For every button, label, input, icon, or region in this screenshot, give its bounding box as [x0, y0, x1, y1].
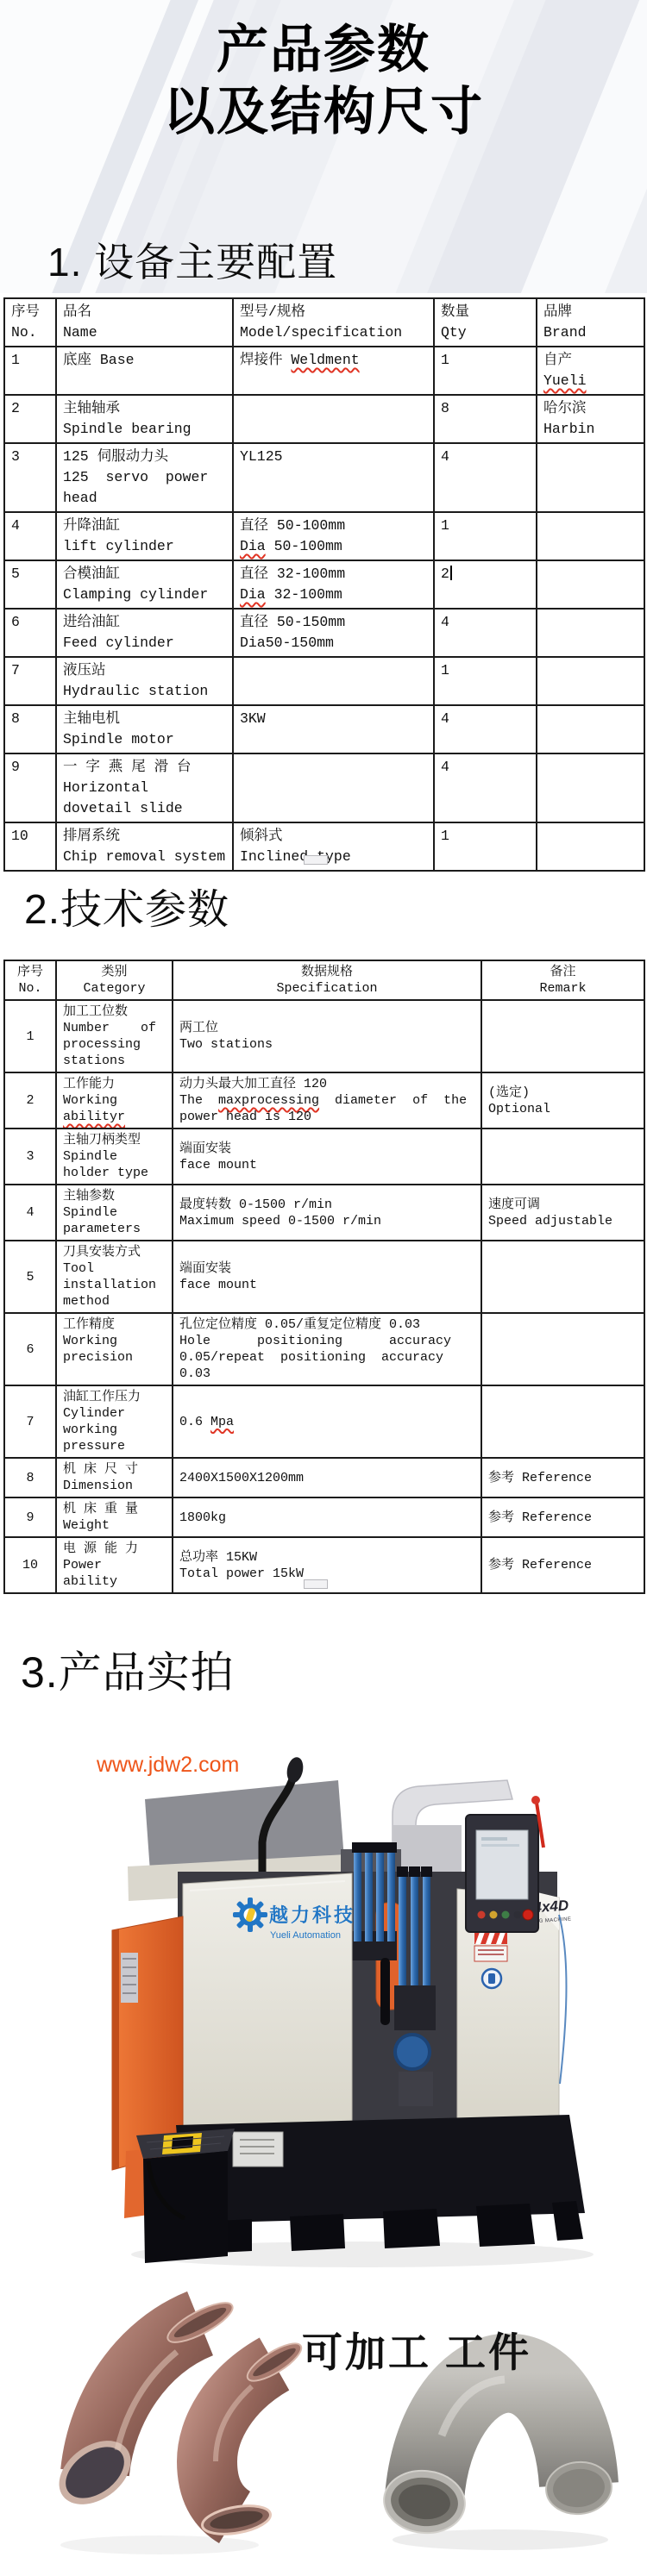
table-cell: [537, 609, 644, 657]
blue-cable: [559, 1915, 566, 2084]
workpieces-section: 可加工 工件: [0, 2285, 647, 2576]
table-row: 2主轴轴承Spindle bearing8哈尔滨Harbin: [4, 395, 644, 443]
table-cell: 4: [434, 753, 537, 822]
table-header-row: 序号No.类别Category数据规格Specification备注Remark: [4, 960, 644, 1000]
table-cell: (选定)Optional: [481, 1072, 644, 1129]
panel-button: [490, 1911, 498, 1919]
table-cell: 0.6 Mpa: [173, 1385, 481, 1458]
table-cell: 5: [4, 1241, 56, 1313]
column-header: 序号No.: [4, 960, 56, 1000]
table-cell: 2: [434, 560, 537, 609]
table-cell: 哈尔滨Harbin: [537, 395, 644, 443]
table-cell: 端面安装face mount: [173, 1241, 481, 1313]
table-row: 9一 字 燕 尾 滑 台Horizontaldovetail slide4: [4, 753, 644, 822]
technical-parameters-table: 序号No.类别Category数据规格Specification备注Remark…: [3, 960, 645, 1594]
elbow-shadow: [60, 2535, 259, 2554]
table-cell: 1: [4, 347, 56, 395]
table-cell: 6: [4, 609, 56, 657]
table-cell: 参考 Reference: [481, 1497, 644, 1537]
table-cell: 3: [4, 443, 56, 512]
column-header: 品牌Brand: [537, 298, 644, 347]
table-cell: 主轴参数Spindleparameters: [56, 1185, 173, 1241]
table-cell: 4: [4, 512, 56, 560]
table-row: 7液压站Hydraulic station1: [4, 657, 644, 705]
table-row: 7油缸工作压力Cylinderworkingpressure0.6 Mpa: [4, 1385, 644, 1458]
technical-table-wrap: 序号No.类别Category数据规格Specification备注Remark…: [3, 960, 644, 1594]
warning-sticker: [474, 1932, 507, 1961]
column-header: 品名Name: [56, 298, 233, 347]
table-cell: 一 字 燕 尾 滑 台Horizontaldovetail slide: [56, 753, 233, 822]
table-row: 4主轴参数Spindleparameters最度转数 0-1500 r/minM…: [4, 1185, 644, 1241]
table-cell: 端面安装face mount: [173, 1129, 481, 1185]
machine-illustration: 越力科技 Yueli Automation ZSK 4904x4D DUAL S…: [0, 1746, 647, 2285]
table-cell: 排屑系统Chip removal system: [56, 822, 233, 871]
table-row: 3主轴刀柄类型Spindleholder type端面安装face mount: [4, 1129, 644, 1185]
table-cell: 4: [434, 443, 537, 512]
table-cell: 7: [4, 1385, 56, 1458]
column-header: 数据规格Specification: [173, 960, 481, 1000]
watermark-text: www.jdw2.com: [96, 1753, 239, 1777]
table-row: 1加工工位数Number ofprocessingstations两工位Two …: [4, 1000, 644, 1072]
table-row: 3125 伺服动力头125 servo powerheadYL1254: [4, 443, 644, 512]
table-cell: 5: [4, 560, 56, 609]
table-cell: [233, 395, 434, 443]
lever-knob: [531, 1796, 540, 1804]
page-title: 产品参数 以及结构尺寸: [0, 19, 647, 143]
table-cell: 10: [4, 822, 56, 871]
table-cell: 8: [4, 1458, 56, 1497]
table-cell: [537, 705, 644, 753]
table-cell: 电 源 能 力Powerability: [56, 1537, 173, 1593]
column-header: 数量Qty: [434, 298, 537, 347]
table-cell: 7: [4, 657, 56, 705]
table-cell: [481, 1385, 644, 1458]
table-cell: 1: [434, 657, 537, 705]
panel-button: [514, 1911, 522, 1919]
table-row: 5刀具安装方式Toolinstallationmethod端面安装face mo…: [4, 1241, 644, 1313]
text-cursor: [450, 566, 452, 580]
table-cell: 机 床 尺 寸Dimension: [56, 1458, 173, 1497]
table-cell: 直径 50-100mmDia 50-100mm: [233, 512, 434, 560]
table-cell: 倾斜式Inclined type: [233, 822, 434, 871]
logo-text-zh: 越力科技: [269, 1904, 355, 1926]
column-header: 备注Remark: [481, 960, 644, 1000]
logo-text-en: Yueli Automation: [270, 1930, 341, 1941]
table-cell: 125 伺服动力头125 servo powerhead: [56, 443, 233, 512]
panel-button: [502, 1911, 510, 1919]
section-3-heading: 3.产品实拍: [21, 1648, 235, 1698]
sticker-glyph: [488, 1973, 495, 1984]
machine-photo: 越力科技 Yueli Automation ZSK 4904x4D DUAL S…: [0, 1746, 647, 2285]
table-cell: [537, 657, 644, 705]
table-cell: [481, 1129, 644, 1185]
estop-button: [523, 1910, 533, 1920]
table-cell: 工作精度Workingprecision: [56, 1313, 173, 1385]
table-row: 2工作能力Workingabilityr动力头最大加工直径 120The max…: [4, 1072, 644, 1129]
table-cell: YL125: [233, 443, 434, 512]
table-cell: [481, 1313, 644, 1385]
column-header: 类别Category: [56, 960, 173, 1000]
table-cell: 8: [434, 395, 537, 443]
table-cell: 4: [434, 705, 537, 753]
table-cell: 直径 32-100mmDia 32-100mm: [233, 560, 434, 609]
page-title-line1: 产品参数: [0, 19, 647, 81]
table-cell: 3KW: [233, 705, 434, 753]
step-stool: [136, 2129, 235, 2263]
panel-button: [478, 1911, 486, 1919]
table-cell: 主轴轴承Spindle bearing: [56, 395, 233, 443]
table-row: 8主轴电机Spindle motor3KW4: [4, 705, 644, 753]
table-cell: 合模油缸Clamping cylinder: [56, 560, 233, 609]
table-cell: 工作能力Workingabilityr: [56, 1072, 173, 1129]
table-row: 6进给油缸Feed cylinder直径 50-150mmDia50-150mm…: [4, 609, 644, 657]
table-header-row: 序号No.品名Name型号/规格Model/specification数量Qty…: [4, 298, 644, 347]
table-row: 5合模油缸Clamping cylinder直径 32-100mmDia 32-…: [4, 560, 644, 609]
table-cell: 1: [4, 1000, 56, 1072]
handle-knob: [285, 1755, 305, 1784]
table-row: 9机 床 重 量Weight1800kg参考 Reference: [4, 1497, 644, 1537]
table-cell: 6: [4, 1313, 56, 1385]
base-foot: [383, 2209, 440, 2248]
table-cell: 速度可调Speed adjustable: [481, 1185, 644, 1241]
table-cell: 4: [4, 1185, 56, 1241]
table-cell: 主轴刀柄类型Spindleholder type: [56, 1129, 173, 1185]
table-cell: [481, 1241, 644, 1313]
table-cell: [233, 753, 434, 822]
equipment-table-wrap: 序号No.品名Name型号/规格Model/specification数量Qty…: [3, 297, 644, 872]
elbow-stainless: [380, 2373, 613, 2537]
workpieces-heading: 可加工 工件: [302, 2321, 531, 2379]
elbow-carbon-steel-right: [200, 2337, 306, 2539]
product-spec-page: 产品参数 以及结构尺寸 1. 设备主要配置 序号No.品名Name型号/规格Mo…: [0, 0, 647, 2576]
table-cell: [537, 822, 644, 871]
column-header: 型号/规格Model/specification: [233, 298, 434, 347]
table-row: 8机 床 尺 寸Dimension2400X1500X1200mm参考 Refe…: [4, 1458, 644, 1497]
table-cell: [537, 753, 644, 822]
table-cell: [233, 657, 434, 705]
table-cell: 2: [4, 395, 56, 443]
section-1-heading: 1. 设备主要配置: [47, 240, 337, 285]
table-cell: [481, 1000, 644, 1072]
table-cell: 2: [4, 1072, 56, 1129]
table-cell: 4: [434, 609, 537, 657]
table-cell: 8: [4, 705, 56, 753]
table-cell: [537, 512, 644, 560]
table-cell: 2400X1500X1200mm: [173, 1458, 481, 1497]
table-row: 6工作精度Workingprecision孔位定位精度 0.05/重复定位精度 …: [4, 1313, 644, 1385]
table-cell: 进给油缸Feed cylinder: [56, 609, 233, 657]
table-cell: 3: [4, 1129, 56, 1185]
table-cell: 主轴电机Spindle motor: [56, 705, 233, 753]
table-cell: 直径 50-150mmDia50-150mm: [233, 609, 434, 657]
table-row: 4升降油缸lift cylinder直径 50-100mmDia 50-100m…: [4, 512, 644, 560]
cabinet-vent: [121, 1953, 138, 2003]
table-resize-handle: [304, 855, 328, 865]
table-cell: 加工工位数Number ofprocessingstations: [56, 1000, 173, 1072]
table-cell: 机 床 重 量Weight: [56, 1497, 173, 1537]
section-2-heading: 2.技术参数: [24, 886, 229, 934]
table-cell: 1: [434, 347, 537, 395]
gear-icon: [233, 1898, 267, 1932]
cabinet-edge: [112, 1929, 119, 2170]
table-cell: 升降油缸lift cylinder: [56, 512, 233, 560]
door-handle: [380, 1958, 390, 2025]
table-cell: 自产Yueli: [537, 347, 644, 395]
table-cell: [537, 560, 644, 609]
table-cell: 9: [4, 1497, 56, 1537]
table-cell: 刀具安装方式Toolinstallationmethod: [56, 1241, 173, 1313]
page-title-line2: 以及结构尺寸: [0, 81, 647, 143]
table-cell: 液压站Hydraulic station: [56, 657, 233, 705]
table-cell: 9: [4, 753, 56, 822]
base-foot: [290, 2214, 345, 2251]
table-cell: 底座 Base: [56, 347, 233, 395]
table-cell: 两工位Two stations: [173, 1000, 481, 1072]
table-cell: 1: [434, 512, 537, 560]
spec-plate: [233, 2132, 283, 2166]
table-cell: 动力头最大加工直径 120The maxprocessing diameter …: [173, 1072, 481, 1129]
column-header: 序号No.: [4, 298, 56, 347]
base-foot: [476, 2204, 535, 2247]
table-cell: 1: [434, 822, 537, 871]
control-panel: [466, 1796, 543, 1932]
equipment-config-table: 序号No.品名Name型号/规格Model/specification数量Qty…: [3, 297, 645, 872]
table-cell: 参考 Reference: [481, 1537, 644, 1593]
table-cell: 1800kg: [173, 1497, 481, 1537]
table-cell: 油缸工作压力Cylinderworkingpressure: [56, 1385, 173, 1458]
table-resize-handle: [304, 1579, 328, 1589]
table-cell: 焊接件 Weldment: [233, 347, 434, 395]
table-cell: 10: [4, 1537, 56, 1593]
table-cell: 孔位定位精度 0.05/重复定位精度 0.03Hole positioning …: [173, 1313, 481, 1385]
table-cell: 最度转数 0-1500 r/minMaximum speed 0-1500 r/…: [173, 1185, 481, 1241]
table-row: 1底座 Base焊接件 Weldment1自产Yueli: [4, 347, 644, 395]
table-cell: [537, 443, 644, 512]
table-cell: 参考 Reference: [481, 1458, 644, 1497]
